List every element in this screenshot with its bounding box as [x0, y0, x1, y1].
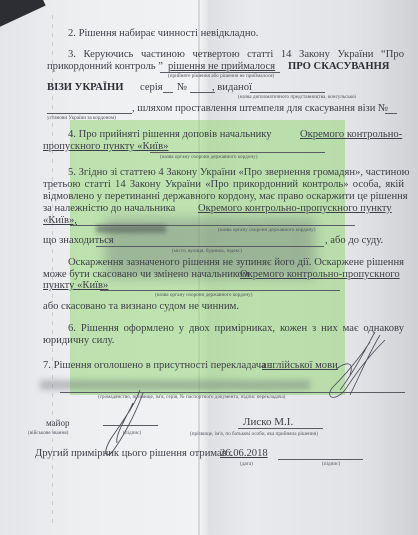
- underline: [100, 290, 340, 291]
- caption-date: (дата): [240, 461, 253, 467]
- document-photo: 2. Рішення набирає чинності невідкладно.…: [0, 0, 418, 535]
- item-6-line2: юридичну силу.: [43, 334, 114, 347]
- series-blank: [163, 92, 173, 93]
- consulate-blank: [47, 113, 132, 114]
- item-3-line2-prefix: прикордонний контроль ”: [47, 60, 163, 73]
- dark-corner: [0, 0, 46, 31]
- redacted-translator: [40, 380, 310, 390]
- caption-border-authority-3: (назва органу охорони державного кордону…: [155, 292, 252, 298]
- cancellation-heading: ПРО СКАСУВАННЯ: [288, 60, 389, 73]
- caption-abroad: установи України за кордоном): [47, 115, 116, 121]
- redacted-address: [96, 225, 166, 233]
- checkpoint-link-6: пункту «Київ»: [43, 279, 108, 292]
- rank-value: майор: [46, 417, 69, 430]
- receipt-date: 26.06.2018: [220, 447, 268, 460]
- visa-heading: ВІЗИ УКРАЇНИ: [47, 81, 124, 94]
- item-7-prefix: 7. Рішення оголошено в присутності перек…: [43, 359, 271, 372]
- caption-rank: (військове звання): [28, 430, 68, 436]
- item-2: 2. Рішення набирає чинності невідкладно.: [68, 27, 258, 40]
- series-label: серія: [140, 81, 163, 94]
- or-court: , або до суду.: [325, 234, 383, 247]
- officer-signature-icon: [95, 385, 155, 460]
- caption-border-authority: (назва органу охорони державного кордону…: [160, 154, 257, 160]
- caption-border-authority-2: (назва органу охорони державного кордону…: [218, 227, 315, 233]
- address-blank: [96, 246, 324, 247]
- stamp-text: , шляхом проставлення штемпеля для скасу…: [132, 102, 388, 115]
- underline: [150, 152, 325, 153]
- issued-label: , виданої: [212, 81, 252, 94]
- caption-decision: (прийняте рішення або рішення не приймал…: [168, 73, 274, 79]
- checkpoint-link-3: Окремого контрольно-пропускного пункту: [198, 202, 392, 215]
- checkpoint-link-5: Окремого контрольно-пропускного: [240, 268, 400, 281]
- issued-blank: [250, 92, 325, 93]
- receipt-sign-line: [278, 459, 363, 460]
- caption-receipt-sign: (підпис): [322, 461, 340, 467]
- caption-address: (місто, вулиця, будинок, індекс): [172, 248, 242, 254]
- checkpoint-link: Окремого контрольно-: [300, 128, 402, 141]
- caption-consulate: (назва дипломатичного представництва, ко…: [238, 94, 356, 100]
- translator-signature-icon: [320, 330, 390, 405]
- number-label: №: [177, 81, 187, 94]
- appeal-line4: або скасовано та визнано судом не чинним…: [43, 300, 239, 313]
- officer-name-line: [238, 428, 323, 429]
- caption-officer: (прізвище, ім'я, по батькові особи, яка …: [190, 431, 318, 437]
- visa-number-blank: [385, 113, 397, 114]
